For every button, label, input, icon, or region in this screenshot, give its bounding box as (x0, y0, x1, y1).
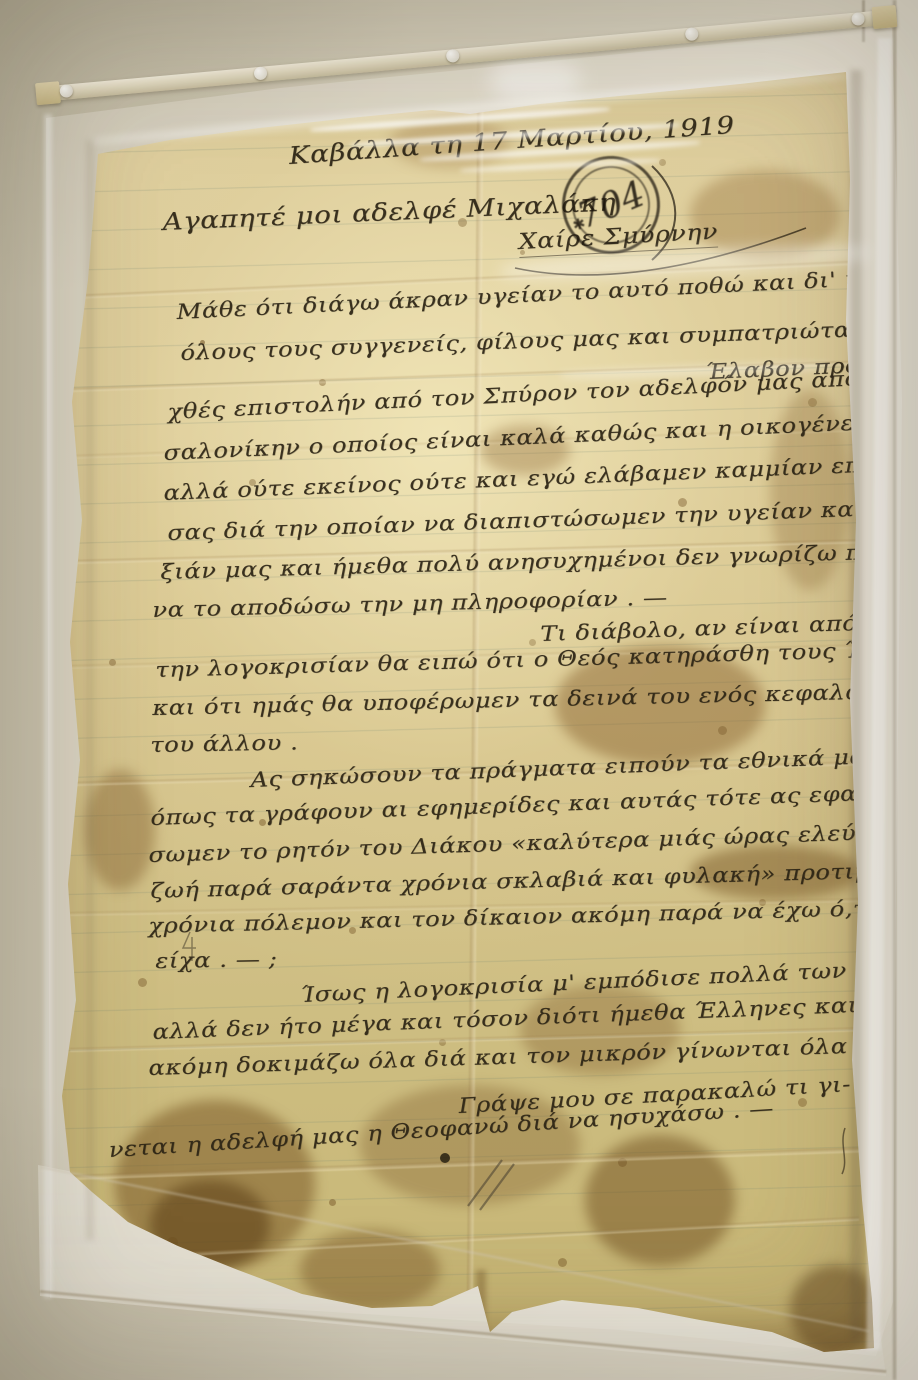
sleeve-left-inner-shadow (86, 140, 94, 1240)
sleeve-right-shadow (850, 70, 862, 1342)
wall-right-panel (897, 0, 918, 1380)
rail-snap-pin (685, 27, 699, 41)
rail-snap-pin (253, 66, 267, 80)
letter-paper: Καβάλλα τη 17 Μαρτίου, 1919Αγαπητέ μοι α… (0, 0, 918, 1380)
rail-snap-pin (851, 12, 865, 26)
rail-snap-pin (59, 84, 73, 98)
pencil-numeral-mark (183, 932, 196, 961)
rail-end-block-right (872, 5, 898, 29)
ink-blot (440, 1153, 450, 1163)
ink-flourishes (0, 0, 918, 1380)
margin-stroke (842, 1128, 845, 1174)
stamp-tail-flourish (652, 166, 675, 260)
rail-snap-pin (446, 49, 460, 63)
rail-end-block-left (35, 81, 61, 105)
sleeve-left-edge (44, 114, 52, 1298)
pencil-check-marks (468, 1160, 514, 1210)
